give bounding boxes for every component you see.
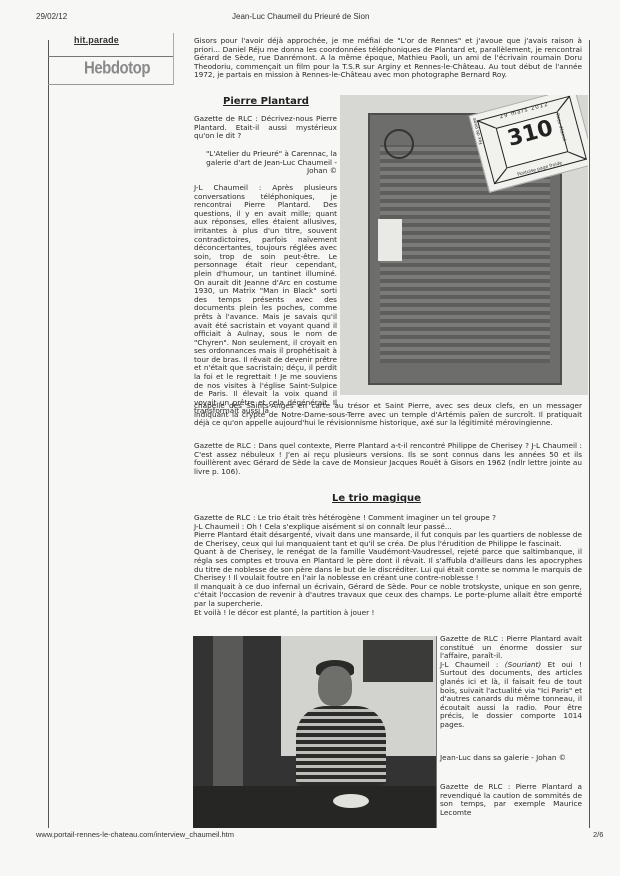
- question-caution: Gazette de RLC : Pierre Plantard a reven…: [440, 783, 582, 825]
- question-dossier: Gazette de RLC : Pierre Plantard avait c…: [440, 635, 582, 661]
- source-url[interactable]: www.portail-rennes-le-chateau.com/interv…: [36, 830, 234, 839]
- trio-body: Gazette de RLC : Le trio était très hété…: [194, 514, 582, 617]
- left-border: [48, 40, 49, 828]
- hitparade-link[interactable]: hit.parade: [74, 35, 119, 45]
- page-title: Jean-Luc Chaumeil du Prieuré de Sion: [232, 12, 369, 21]
- stamp-sticker: 29 mars 2012 310 Pontoise page froide Fa…: [469, 95, 588, 193]
- tablet-photo: 29 mars 2012 310 Pontoise page froide Fa…: [340, 95, 588, 395]
- cross-circle-icon: [384, 129, 414, 159]
- answer-describe: J-L Chaumeil : Après plusieurs conversat…: [194, 184, 337, 416]
- paragraph: Et voilà ! le décor est planté, la parti…: [194, 609, 582, 618]
- gallery-photo: [193, 636, 437, 828]
- section-heading-plantard: Pierre Plantard: [223, 96, 309, 107]
- answer-text: Et oui ! Surtout des documents, des arti…: [440, 660, 582, 729]
- answer-dossier: J-L Chaumeil : (Souriant) Et oui ! Surto…: [440, 661, 582, 730]
- intro-paragraph: Gisors pour l'avoir déjà approchée, je m…: [194, 37, 582, 80]
- dossier-qa: Gazette de RLC : Pierre Plantard avait c…: [440, 635, 582, 730]
- question-describe: Gazette de RLC : Décrivez-nous Pierre Pl…: [194, 115, 337, 141]
- hebdotop-logo[interactable]: Hebdotop: [84, 59, 150, 79]
- photo-caption-atelier: "L'Atelier du Prieuré" à Carennac, la ga…: [194, 150, 337, 176]
- section-heading-trio: Le trio magique: [332, 493, 421, 504]
- paragraph: Pierre Plantard était désargenté, vivait…: [194, 531, 582, 548]
- page-number: 2/6: [593, 830, 603, 839]
- sidebar-banner: hit.parade Hebdotop: [48, 33, 173, 81]
- paragraph: Il manquait à ce duo infernal un écrivai…: [194, 583, 582, 609]
- photo-caption-gallery: Jean-Luc dans sa galerie - Johan ©: [440, 754, 582, 763]
- divider: [173, 33, 174, 85]
- paragraph: Quant à de Cherisey, le renégat de la fa…: [194, 548, 582, 582]
- right-border: [589, 40, 590, 828]
- qa-cherisey: Gazette de RLC : Dans quel contexte, Pie…: [194, 442, 582, 476]
- answer-describe-continued: chapelle des Saints-Anges en carte au tr…: [194, 402, 582, 428]
- divider: [48, 84, 173, 85]
- divider: [48, 56, 173, 57]
- print-date: 29/02/12: [36, 12, 67, 21]
